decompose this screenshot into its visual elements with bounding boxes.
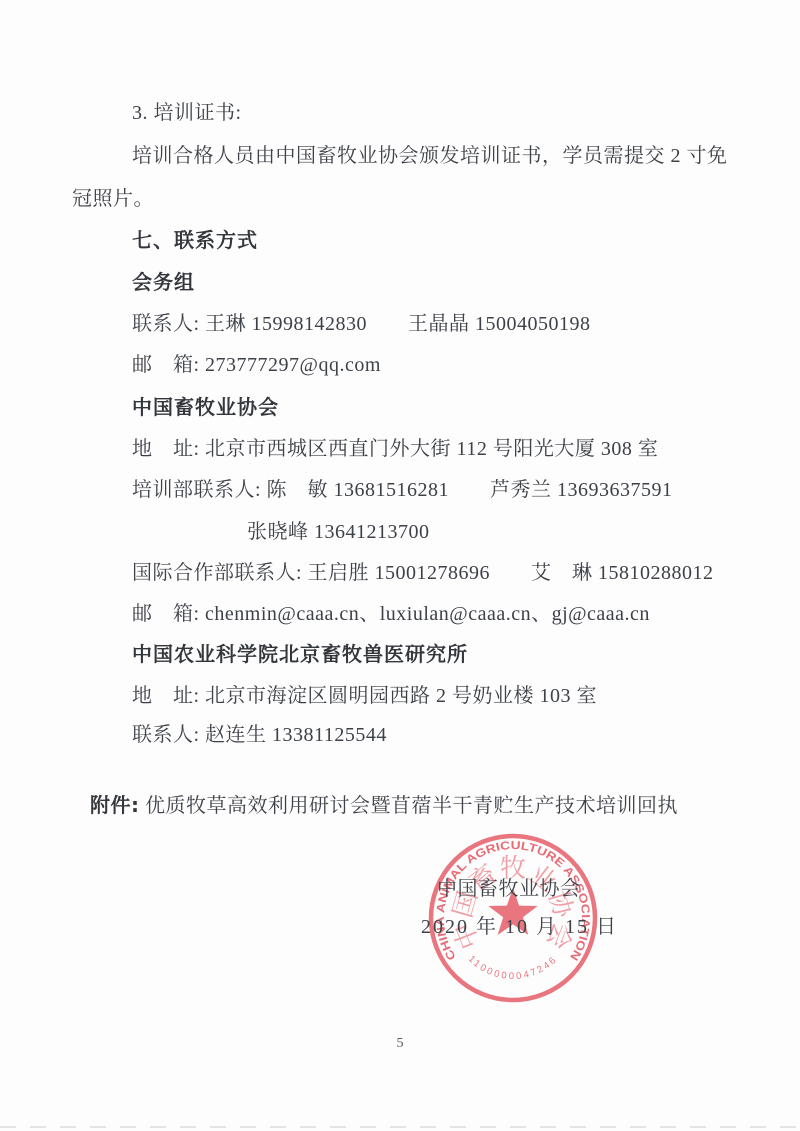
doc-line-email: 邮 箱: 273777297@qq.com <box>132 353 381 377</box>
section-heading-contact: 七、联系方式 <box>132 228 258 252</box>
page-number: 5 <box>0 1036 800 1052</box>
doc-line: 培训合格人员由中国畜牧业协会颁发培训证书，学员需提交 2 寸免 <box>132 144 728 168</box>
document-page: 3. 培训证书: 培训合格人员由中国畜牧业协会颁发培训证书，学员需提交 2 寸免… <box>0 0 800 1131</box>
doc-line: 3. 培训证书: <box>132 101 242 125</box>
doc-line-address: 地 址: 北京市海淀区圆明园西路 2 号奶业楼 103 室 <box>132 684 597 708</box>
subheading-institute: 中国农业科学院北京畜牧兽医研究所 <box>132 642 468 666</box>
scan-edge-artifact <box>0 1126 800 1128</box>
attachment-label: 附件: <box>90 793 140 817</box>
doc-line: 冠照片。 <box>72 187 154 211</box>
doc-line-address: 地 址: 北京市西城区西直门外大街 112 号阳光大厦 308 室 <box>132 437 658 461</box>
doc-line: 联系人: 王琳 15998142830 王晶晶 15004050198 <box>132 312 591 336</box>
signature-org: 中国畜牧业协会 <box>437 877 581 901</box>
doc-line-email: 邮 箱: chenmin@caaa.cn、luxiulan@caaa.cn、gj… <box>132 602 650 626</box>
doc-line: 培训部联系人: 陈 敏 13681516281 芦秀兰 13693637591 <box>132 478 673 502</box>
doc-line: 国际合作部联系人: 王启胜 15001278696 艾 琳 1581028801… <box>132 561 714 585</box>
subheading-conference-group: 会务组 <box>132 270 195 294</box>
doc-line: 联系人: 赵连生 13381125544 <box>132 723 387 747</box>
seal-code: 1100000047246 <box>466 954 560 982</box>
subheading-caaa: 中国畜牧业协会 <box>132 395 279 419</box>
svg-text:1100000047246: 1100000047246 <box>466 954 560 982</box>
signature-date: 2020 年 10 月 15 日 <box>421 915 618 939</box>
doc-line: 张晓峰 13641213700 <box>247 520 430 544</box>
